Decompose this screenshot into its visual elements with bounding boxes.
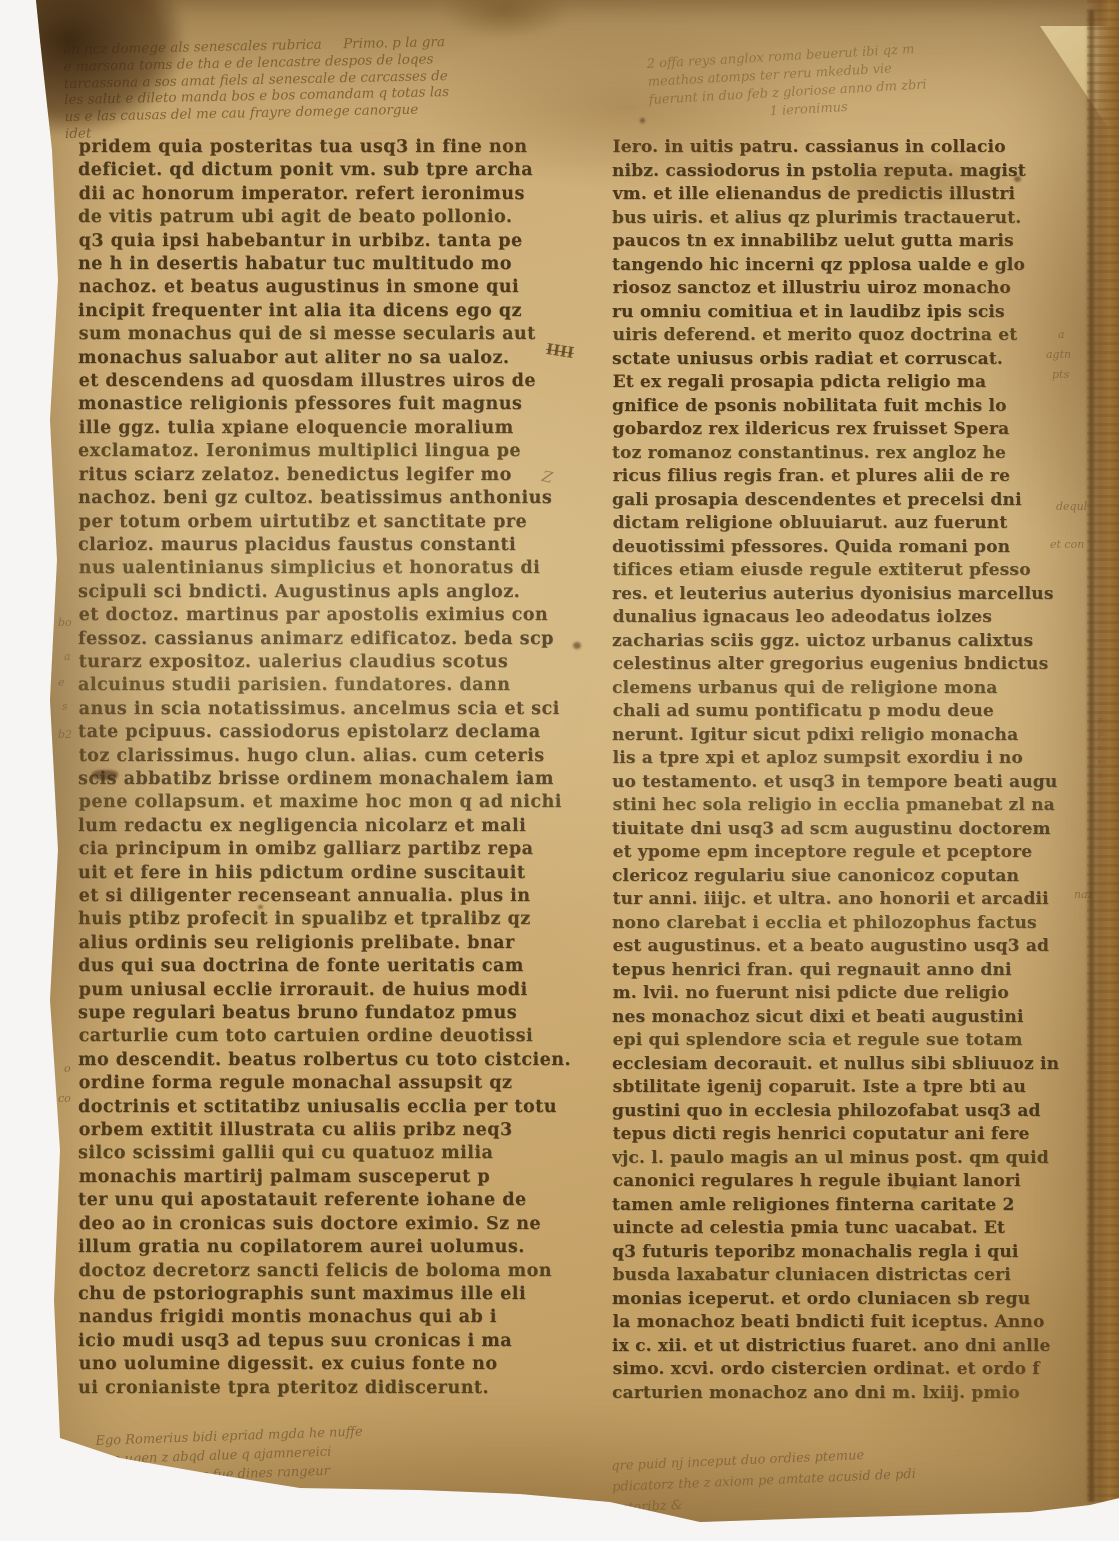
text-line: deo ao in cronicas suis doctore eximio. … — [79, 1213, 587, 1236]
text-line: m. lvii. no fuerunt nisi pdicte due reli… — [613, 982, 1069, 1006]
text-line: toz romanoz constantinus. rex angloz he — [612, 442, 1068, 466]
text-line: ritus sciarz zelatoz. benedictus legifer… — [79, 464, 587, 487]
text-line: pene collapsum. et maxime hoc mon q ad n… — [79, 791, 587, 814]
text-line: de vitis patrum ubi agit de beato pollon… — [78, 206, 586, 229]
left-margin-mark: s — [62, 700, 68, 713]
text-line: ix c. xii. et ut districtius fuaret. ano… — [612, 1335, 1068, 1359]
text-line: nus ualentinianus simplicius et honoratu… — [79, 557, 587, 580]
bottom-left-margin-annotation: Ego Romerius bidi epriad mgda he nuffebe… — [95, 1416, 547, 1489]
text-line: dii ac honorum imperator. refert ieronim… — [79, 183, 587, 206]
text-line: zacharias sciis ggz. uictoz urbanus cali… — [612, 630, 1068, 654]
text-line: carturien monachoz ano dni m. lxiij. pmi… — [612, 1382, 1068, 1406]
text-line: fessoz. cassianus animarz edificatoz. be… — [78, 628, 586, 651]
text-line: simo. xcvi. ordo cistercien ordinat. et … — [613, 1358, 1069, 1382]
gutter-crease — [1086, 10, 1096, 1502]
text-line: lum redactu ex negligencia nicolarz et m… — [78, 815, 586, 838]
text-line: toz clarissimus. hugo clun. alias. cum c… — [79, 745, 587, 768]
text-line: nes monachoz sicut dixi et beati augusti… — [612, 1006, 1068, 1030]
text-line: pum uniusal ecclie irrorauit. de huius m… — [79, 979, 587, 1002]
text-line: la monachoz beati bndicti fuit iceptus. … — [613, 1311, 1069, 1335]
text-line: sbtilitate igenij coparuit. Iste a tpre … — [613, 1076, 1069, 1100]
text-line: cia principum in omibz galliarz partibz … — [79, 838, 587, 861]
text-column-right: Iero. in uitis patru. cassianus in colla… — [612, 136, 1068, 1416]
gutter-edge-mark: pau — [1098, 714, 1118, 727]
text-line: et descendens ad quosdam illustres uiros… — [79, 370, 587, 393]
text-line: et ypome epm inceptore regule et pceptor… — [613, 841, 1069, 865]
text-line: nachoz. beni gz cultoz. beatissimus anth… — [78, 487, 586, 510]
text-line: scipuli sci bndicti. Augustinus apls ang… — [78, 581, 586, 604]
text-line: scis abbatibz brisse ordinem monachalem … — [78, 768, 586, 791]
text-line: tamen amle religiones finterna caritate … — [612, 1194, 1068, 1218]
text-line: paucos tn ex innabilibz uelut gutta mari… — [613, 230, 1069, 254]
top-right-margin-annotation: 2 offa reys anglox roma beuerut ibi qz m… — [646, 32, 1079, 128]
text-line: q3 quia ipsi habebantur in urbibz. tanta… — [79, 230, 587, 253]
text-line: ille ggz. tulia xpiane eloquencie morali… — [79, 417, 587, 440]
text-line: vm. et ille elienandus de predictis illu… — [613, 183, 1069, 207]
text-line: celestinus alter gregorius eugenius bndi… — [613, 653, 1069, 677]
text-line: est augustinus. et a beato augustino usq… — [613, 935, 1069, 959]
gutter-edge-mark: exd — [1098, 756, 1118, 769]
text-line: gobardoz rex ildericus rex fruisset Sper… — [613, 418, 1069, 442]
text-line: carturlie cum toto cartuien ordine deuot… — [79, 1025, 587, 1048]
text-line: et doctoz. martinus par apostolis eximiu… — [79, 604, 587, 627]
top-margin-annotation: en ncz domege als senescales rubrica Pri… — [63, 30, 645, 143]
text-line: exclamatoz. Ieronimus multiplici lingua … — [78, 440, 586, 463]
text-line: q3 futuris teporibz monachalis regla i q… — [612, 1241, 1068, 1265]
text-line: sum monachus qui de si messe secularis a… — [79, 323, 587, 346]
text-line: nandus frigidi montis monachus qui ab i — [79, 1306, 587, 1329]
text-line: icio mudi usq3 ad tepus suu cronicas i m… — [78, 1330, 586, 1353]
text-line: supe regulari beatus bruno fundatoz pmus — [78, 1002, 586, 1025]
text-line: canonici regulares h regule ibuiant lano… — [613, 1170, 1069, 1194]
text-line: dus qui sua doctrina de fonte ueritatis … — [78, 955, 586, 978]
gutter-edge-mark: por — [1098, 728, 1118, 741]
text-line: doctrinis et sctitatibz uniusalis ecclia… — [78, 1096, 586, 1119]
text-line: res. et leuterius auterius dyonisius mar… — [612, 583, 1068, 607]
right-margin-mark: naz — [1074, 888, 1093, 901]
text-line: Iero. in uitis patru. cassianus in colla… — [613, 136, 1069, 160]
text-line: nachoz. et beatus augustinus in smone qu… — [79, 276, 587, 299]
text-line: busda laxabatur cluniacen districtas cer… — [613, 1264, 1069, 1288]
left-margin-mark: b2 — [58, 728, 72, 741]
text-line: uit et fere in hiis pdictum ordine susci… — [78, 862, 586, 885]
text-line: deficiet. qd dictum ponit vm. sub tpre a… — [78, 159, 586, 182]
text-line: ui cronianiste tpra pteritoz didiscerunt… — [78, 1377, 586, 1400]
text-line: ecclesiam decorauit. et nullus sibi sbli… — [612, 1053, 1068, 1077]
text-line: doctoz decretorz sancti felicis de bolom… — [79, 1260, 587, 1283]
text-line: tur anni. iiijc. et ultra. ano honorii e… — [613, 888, 1069, 912]
manuscript-page: pridem quia posteritas tua usq3 in fine … — [0, 0, 1119, 1541]
text-line: mo descendit. beatus rolbertus cu toto c… — [78, 1049, 586, 1072]
text-line: et si diligenter recenseant annualia. pl… — [79, 885, 587, 908]
text-line: monachus saluabor aut aliter no sa ualoz… — [78, 347, 586, 370]
text-line: tifices etiam eiusde regule extiterut pf… — [613, 559, 1069, 583]
text-line: alius ordinis seu religionis prelibate. … — [79, 932, 587, 955]
gutter-edge-mark: rota — [1098, 742, 1118, 755]
text-line: silco scissimi gallii qui cu quatuoz mil… — [78, 1142, 586, 1165]
gutter-edge-mark: lxd — [1098, 770, 1118, 783]
text-line: dictam religione obluuiarut. auz fuerunt — [613, 512, 1069, 536]
text-line: deuotissimi pfessores. Quida romani pon — [612, 536, 1068, 560]
text-line: uincte ad celestia pmia tunc uacabat. Et — [613, 1217, 1069, 1241]
text-line: uno uolumine digessit. ex cuius fonte no — [79, 1353, 587, 1376]
text-line: vjc. l. paulo magis an ul minus post. qm… — [612, 1147, 1068, 1171]
text-line: nibz. cassiodorus in pstolia reputa. mag… — [612, 160, 1068, 184]
text-line: per totum orbem uirtutibz et sanctitate … — [79, 511, 587, 534]
manuscript-scan: pridem quia posteritas tua usq3 in fine … — [0, 0, 1119, 1541]
text-line: stini hec sola religio in ecclia pmaneba… — [613, 794, 1069, 818]
text-line: tepus henrici fran. qui regnauit anno dn… — [612, 959, 1068, 983]
text-line: nerunt. Igitur sicut pdixi religio monac… — [612, 724, 1068, 748]
text-line: huis ptibz profecit in spualibz et tpral… — [78, 908, 586, 931]
text-line: chu de pstoriographis sunt maximus ille … — [78, 1283, 586, 1306]
text-line: ter unu qui apostatauit referente iohane… — [78, 1189, 586, 1212]
text-line: monachis martirij palmam susceperut p — [79, 1166, 587, 1189]
text-line: dunalius ignacaus leo adeodatus iolzes — [613, 606, 1069, 630]
text-line: tepus dicti regis henrici coputatur ani … — [613, 1123, 1069, 1147]
right-margin-mark: agtn — [1046, 348, 1071, 361]
text-line: nono clarebat i ecclia et philozophus fa… — [612, 912, 1068, 936]
text-line: sctate uniusus orbis radiat et corruscat… — [612, 348, 1068, 372]
text-line: epi qui splendore scia et regule sue tot… — [613, 1029, 1069, 1053]
left-margin-mark: bo — [58, 616, 72, 629]
text-line: orbem extitit illustrata cu aliis pribz … — [79, 1119, 587, 1142]
left-margin-mark: co — [58, 1092, 71, 1105]
text-line: illum gratia nu copilatorem aurei uolumu… — [78, 1236, 586, 1259]
text-line: ne h in desertis habatur tuc multitudo m… — [78, 253, 586, 276]
text-line: monias iceperut. et ordo cluniacen sb re… — [612, 1288, 1068, 1312]
left-margin-mark: o — [64, 1062, 71, 1075]
text-line: alcuinus studii parisien. fundatores. da… — [78, 674, 586, 697]
left-margin-mark: e — [58, 676, 65, 689]
text-line: clemens urbanus qui de religione mona — [612, 677, 1068, 701]
text-line: tate pcipuus. cassiodorus epistolarz dec… — [78, 721, 586, 744]
left-margin-mark: a — [64, 650, 71, 663]
text-line: clericoz regulariu siue canonicoz coputa… — [612, 865, 1068, 889]
text-line: clarioz. maurus placidus faustus constan… — [78, 534, 586, 557]
text-line: anus in scia notatissimus. ancelmus scia… — [79, 698, 587, 721]
text-line: tiuitate dni usq3 ad scm augustinu docto… — [612, 818, 1068, 842]
text-line: chali ad sumu pontificatu p modu deue — [613, 700, 1069, 724]
text-line: turarz expositoz. ualerius claudius scot… — [79, 651, 587, 674]
text-line: gali prosapia descendentes et precelsi d… — [612, 489, 1068, 513]
text-line: ordine forma regule monachal assupsit qz — [79, 1072, 587, 1095]
text-line: ricus filius regis fran. et plures alii … — [613, 465, 1069, 489]
bottom-right-margin-annotation: qre puid nj inceput duo ordies ptemuepdi… — [611, 1436, 1073, 1519]
text-line: tangendo hic incerni qz pplosa ualde e g… — [612, 254, 1068, 278]
text-column-left: pridem quia posteritas tua usq3 in fine … — [78, 136, 586, 1406]
text-line: gustini quo in ecclesia philozofabat usq… — [612, 1100, 1068, 1124]
text-line: incipit frequenter int alia ita dicens e… — [78, 300, 586, 323]
text-line: riosoz sanctoz et illustriu uiroz monach… — [613, 277, 1069, 301]
text-line: uo testamento. et usq3 in tempore beati … — [612, 771, 1068, 795]
right-margin-mark: pts — [1052, 368, 1069, 381]
text-line: lis a tpre xpi et aploz sumpsit exordiu … — [613, 747, 1069, 771]
text-line: bus uiris. et alius qz plurimis tractaue… — [612, 207, 1068, 231]
text-line: ru omniu comitiua et in laudibz ipis sci… — [612, 301, 1068, 325]
right-margin-mark: et con — [1050, 538, 1084, 551]
right-margin-mark: dequl — [1056, 500, 1087, 513]
text-line: Et ex regali prosapia pdicta religio ma — [613, 371, 1069, 395]
text-line: gnifice de psonis nobilitata fuit mchis … — [612, 395, 1068, 419]
right-margin-mark: a — [1058, 328, 1065, 341]
text-line: monastice religionis pfessores fuit magn… — [78, 393, 586, 416]
text-line: uiris deferend. et merito quoz doctrina … — [613, 324, 1069, 348]
